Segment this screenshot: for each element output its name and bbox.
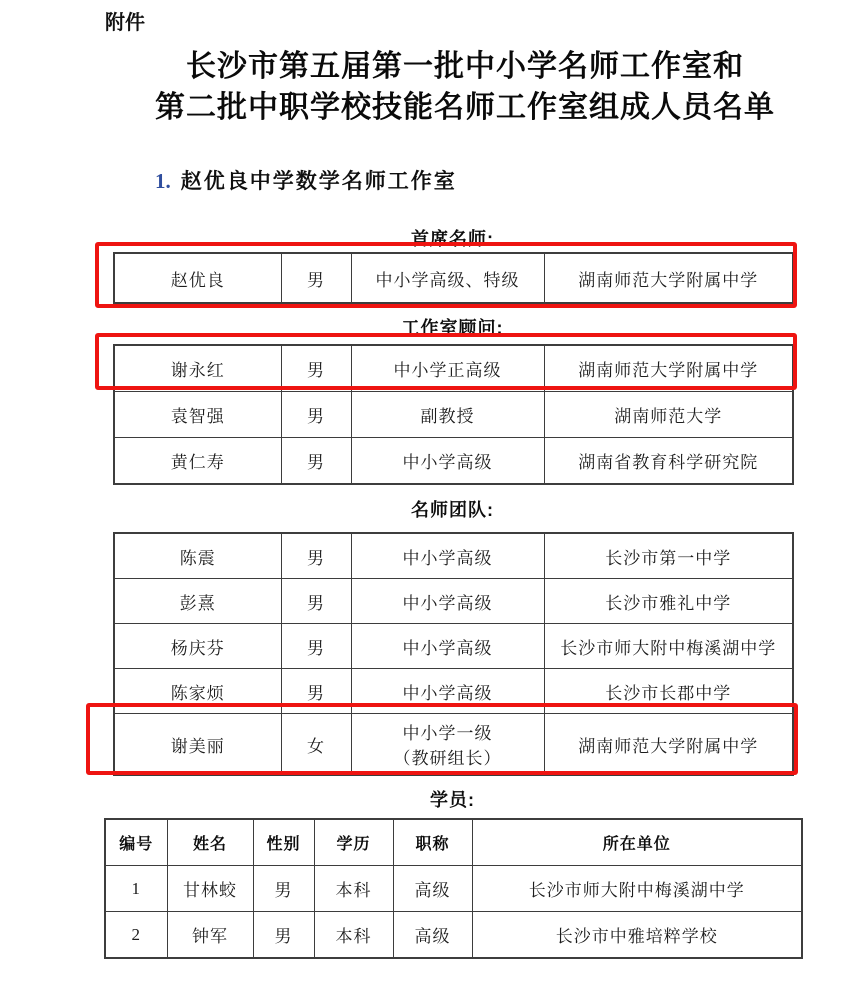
cell-number: 1	[105, 866, 167, 912]
cell-gender: 男	[253, 912, 314, 959]
cell-gender: 男	[281, 579, 351, 624]
cell-unit: 长沙市中雅培粹学校	[472, 912, 802, 959]
cell-gender: 男	[281, 253, 351, 303]
cell-title: 高级	[393, 912, 472, 959]
table-row: 黄仁寿 男 中小学高级 湖南省教育科学研究院	[114, 438, 793, 485]
advisors-table-wrapper: 谢永红 男 中小学正高级 湖南师范大学附属中学 袁智强 男 副教授 湖南师范大学…	[113, 344, 794, 485]
students-table-label: 学员:	[104, 786, 801, 812]
cell-title: 中小学高级	[351, 669, 544, 714]
students-table: 编号 姓名 性别 学历 职称 所在单位 1 甘林蛟 男 本科 高级 长沙市师大附…	[104, 818, 803, 959]
cell-name: 杨庆芬	[114, 624, 281, 669]
cell-unit: 长沙市雅礼中学	[544, 579, 793, 624]
team-table: 陈震 男 中小学高级 长沙市第一中学 彭熹 男 中小学高级 长沙市雅礼中学 杨庆…	[113, 532, 794, 776]
cell-gender: 男	[281, 392, 351, 438]
section-number: 1.	[155, 169, 171, 193]
table-row: 2 钟军 男 本科 高级 长沙市中雅培粹学校	[105, 912, 802, 959]
cell-gender: 男	[281, 669, 351, 714]
cell-gender: 男	[281, 438, 351, 485]
team-table-wrapper: 陈震 男 中小学高级 长沙市第一中学 彭熹 男 中小学高级 长沙市雅礼中学 杨庆…	[113, 532, 794, 776]
cell-title: 副教授	[351, 392, 544, 438]
table-row: 陈家烦 男 中小学高级 长沙市长郡中学	[114, 669, 793, 714]
advisors-table-label: 工作室顾问:	[113, 314, 792, 340]
cell-number: 2	[105, 912, 167, 959]
students-table-wrapper: 编号 姓名 性别 学历 职称 所在单位 1 甘林蛟 男 本科 高级 长沙市师大附…	[104, 818, 803, 959]
table-row: 彭熹 男 中小学高级 长沙市雅礼中学	[114, 579, 793, 624]
cell-gender: 男	[281, 624, 351, 669]
header-unit: 所在单位	[472, 819, 802, 866]
cell-name: 黄仁寿	[114, 438, 281, 485]
cell-gender: 女	[281, 714, 351, 776]
cell-unit: 湖南师范大学附属中学	[544, 345, 793, 392]
cell-unit: 湖南师范大学附属中学	[544, 253, 793, 303]
table-row: 陈震 男 中小学高级 长沙市第一中学	[114, 533, 793, 579]
cell-unit: 长沙市长郡中学	[544, 669, 793, 714]
table-row: 1 甘林蛟 男 本科 高级 长沙市师大附中梅溪湖中学	[105, 866, 802, 912]
cell-unit: 长沙市第一中学	[544, 533, 793, 579]
chief-table-wrapper: 赵优良 男 中小学高级、特级 湖南师范大学附属中学	[113, 252, 794, 304]
cell-title: 中小学正高级	[351, 345, 544, 392]
header-education: 学历	[314, 819, 393, 866]
cell-title: 中小学高级	[351, 533, 544, 579]
header-gender: 性别	[253, 819, 314, 866]
cell-unit: 长沙市师大附中梅溪湖中学	[472, 866, 802, 912]
team-table-label: 名师团队:	[113, 496, 792, 522]
document-title-line2: 第二批中职学校技能名师工作室组成人员名单	[70, 87, 860, 128]
cell-title: 高级	[393, 866, 472, 912]
advisors-table: 谢永红 男 中小学正高级 湖南师范大学附属中学 袁智强 男 副教授 湖南师范大学…	[113, 344, 794, 485]
cell-name: 钟军	[167, 912, 253, 959]
document-title: 长沙市第五届第一批中小学名师工作室和 第二批中职学校技能名师工作室组成人员名单	[70, 46, 860, 128]
table-row: 袁智强 男 副教授 湖南师范大学	[114, 392, 793, 438]
section-heading: 1.赵优良中学数学名师工作室	[155, 165, 457, 195]
cell-title: 中小学高级	[351, 624, 544, 669]
cell-name: 袁智强	[114, 392, 281, 438]
cell-title: 中小学高级	[351, 579, 544, 624]
table-row: 谢美丽 女 中小学一级 （教研组长） 湖南师范大学附属中学	[114, 714, 793, 776]
chief-table-label: 首席名师:	[113, 225, 792, 251]
cell-unit: 湖南师范大学附属中学	[544, 714, 793, 776]
cell-name: 赵优良	[114, 253, 281, 303]
table-row: 杨庆芬 男 中小学高级 长沙市师大附中梅溪湖中学	[114, 624, 793, 669]
cell-name: 谢永红	[114, 345, 281, 392]
cell-unit: 湖南省教育科学研究院	[544, 438, 793, 485]
cell-title: 中小学一级 （教研组长）	[351, 714, 544, 776]
table-header-row: 编号 姓名 性别 学历 职称 所在单位	[105, 819, 802, 866]
cell-gender: 男	[281, 533, 351, 579]
table-row: 谢永红 男 中小学正高级 湖南师范大学附属中学	[114, 345, 793, 392]
cell-gender: 男	[253, 866, 314, 912]
document-title-line1: 长沙市第五届第一批中小学名师工作室和	[70, 46, 860, 87]
cell-title: 中小学高级、特级	[351, 253, 544, 303]
cell-unit: 湖南师范大学	[544, 392, 793, 438]
cell-education: 本科	[314, 866, 393, 912]
header-number: 编号	[105, 819, 167, 866]
cell-education: 本科	[314, 912, 393, 959]
header-title: 职称	[393, 819, 472, 866]
document-page: 附件 长沙市第五届第一批中小学名师工作室和 第二批中职学校技能名师工作室组成人员…	[0, 0, 860, 990]
attachment-label: 附件	[105, 6, 145, 35]
cell-name: 彭熹	[114, 579, 281, 624]
table-row: 赵优良 男 中小学高级、特级 湖南师范大学附属中学	[114, 253, 793, 303]
cell-title: 中小学高级	[351, 438, 544, 485]
cell-name: 谢美丽	[114, 714, 281, 776]
section-title: 赵优良中学数学名师工作室	[181, 169, 457, 193]
cell-gender: 男	[281, 345, 351, 392]
cell-unit: 长沙市师大附中梅溪湖中学	[544, 624, 793, 669]
cell-name: 陈家烦	[114, 669, 281, 714]
cell-name: 陈震	[114, 533, 281, 579]
header-name: 姓名	[167, 819, 253, 866]
chief-table: 赵优良 男 中小学高级、特级 湖南师范大学附属中学	[113, 252, 794, 304]
cell-name: 甘林蛟	[167, 866, 253, 912]
